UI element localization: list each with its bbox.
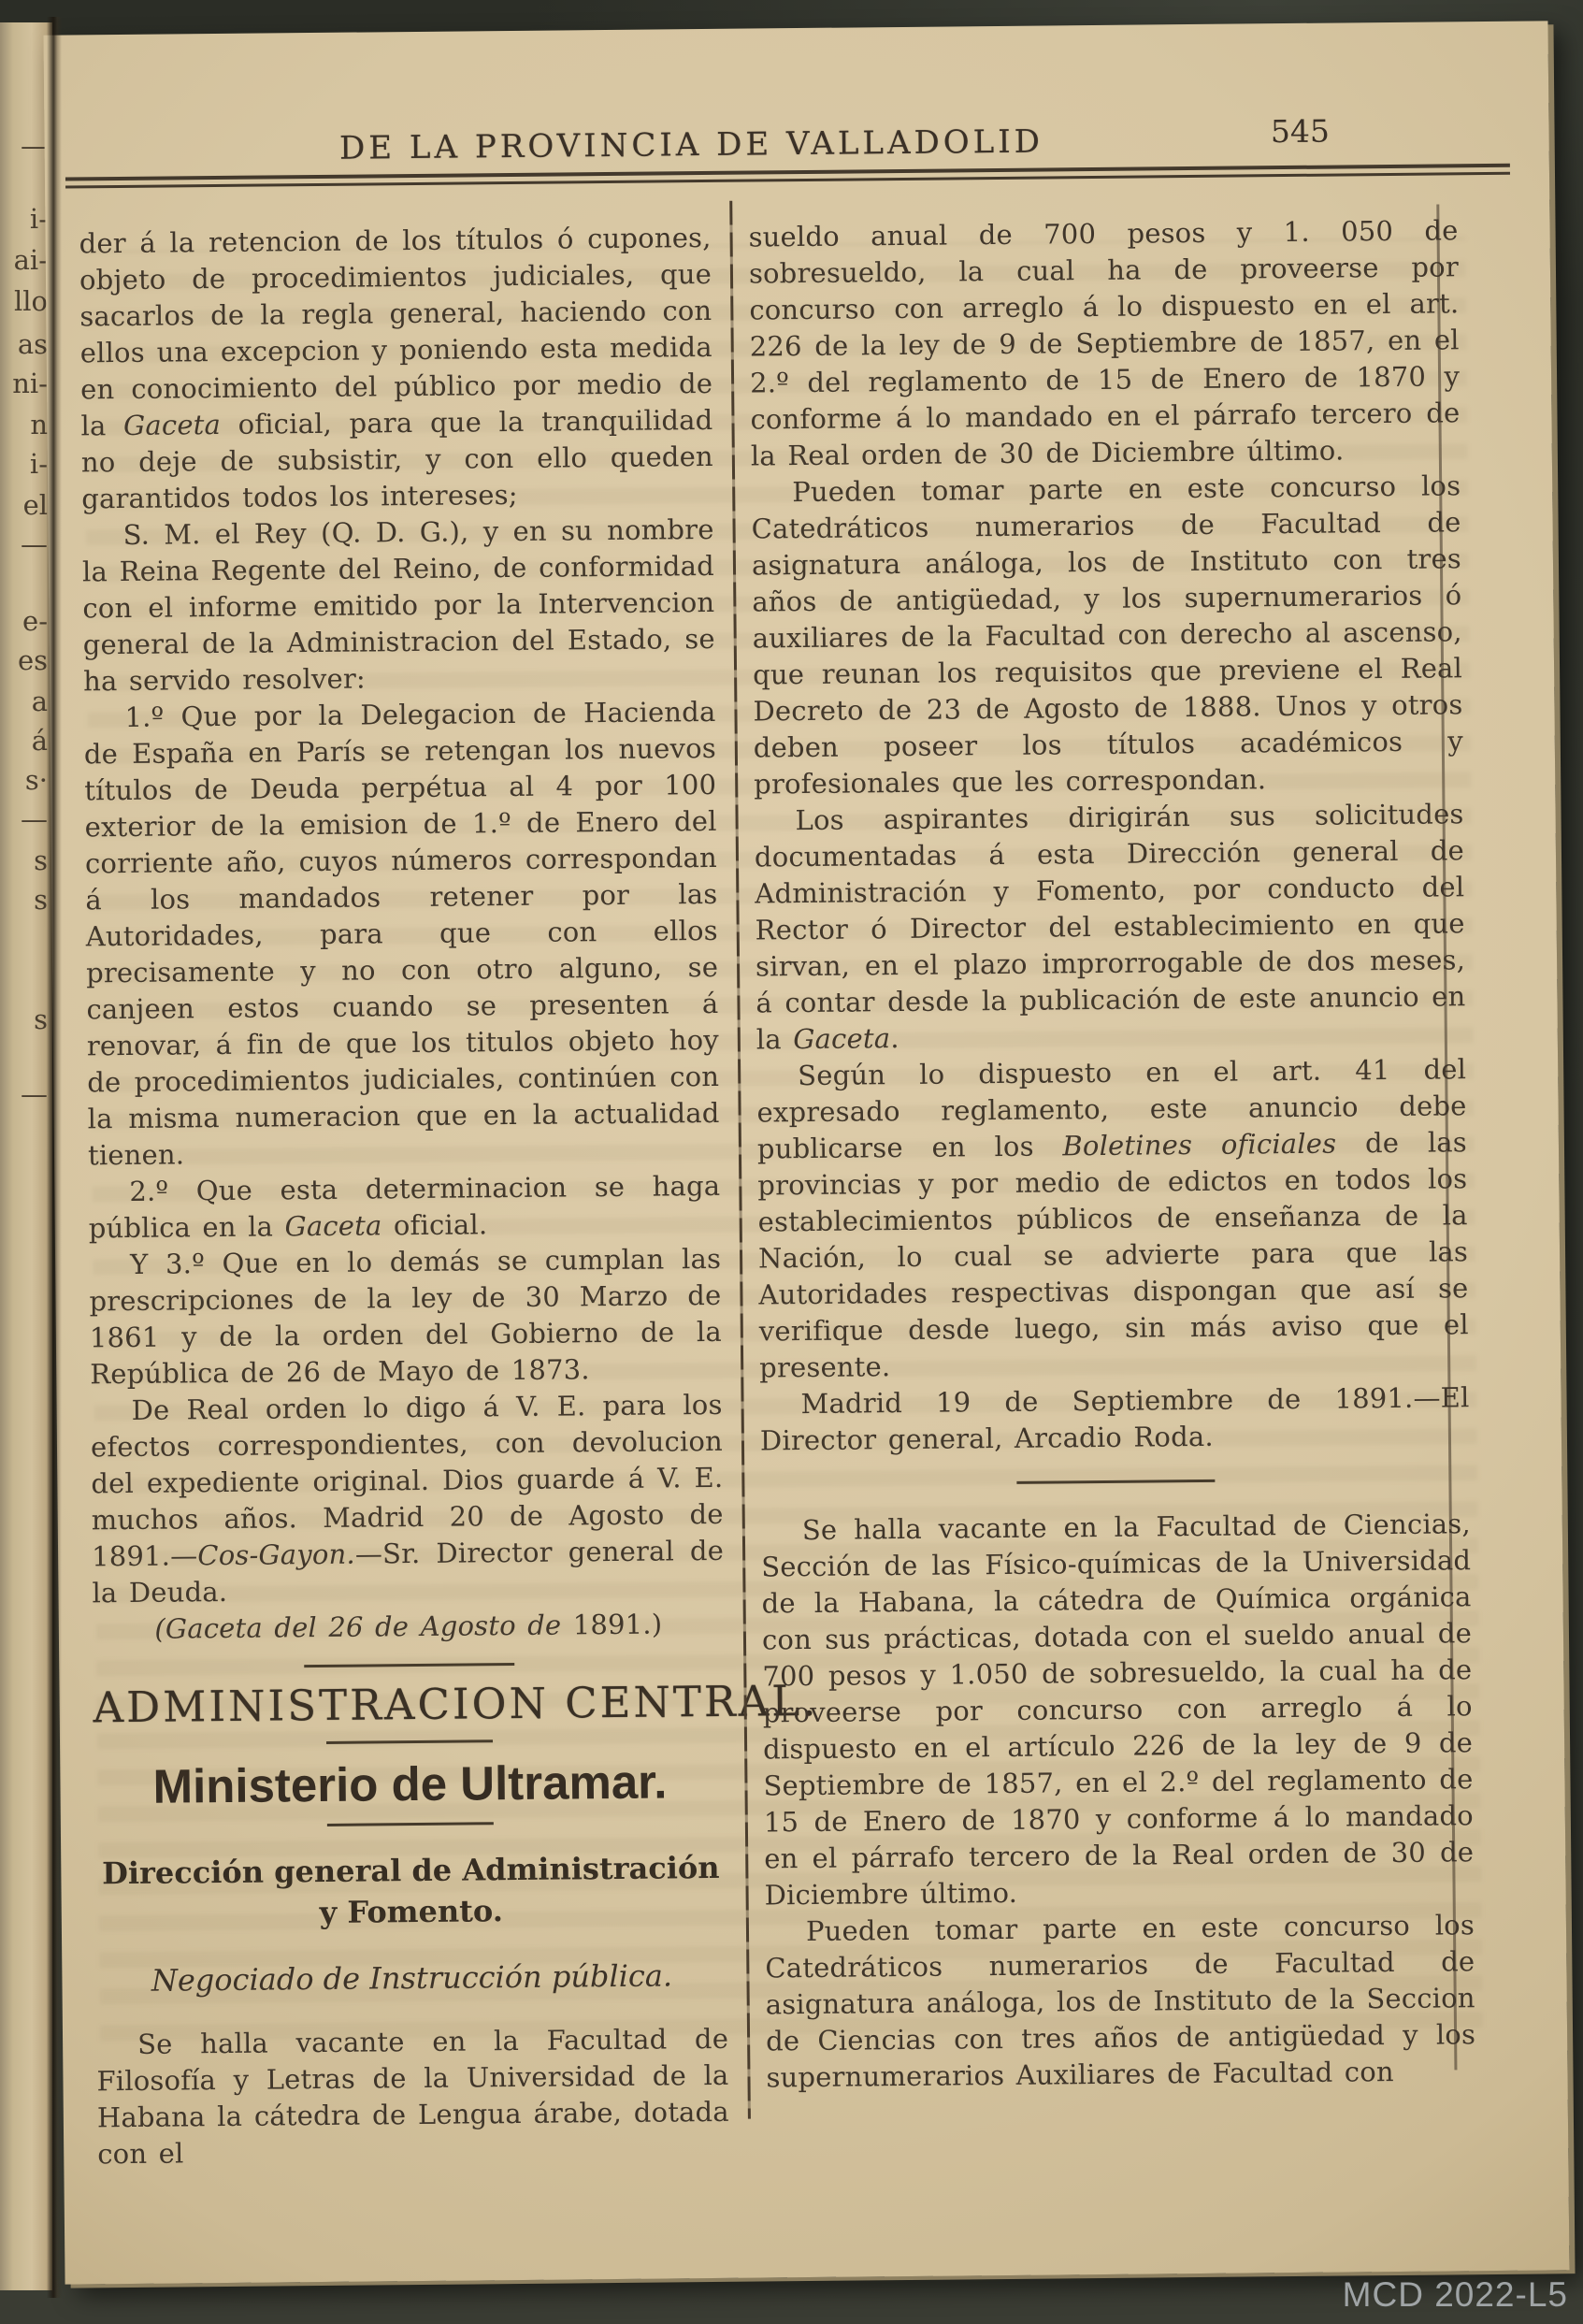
neighbor-text-fragment: ni-	[12, 370, 48, 397]
paragraph-right-6: Se halla vacante en la Facultad de Cienc…	[761, 1506, 1475, 1913]
text-run: oficial.	[381, 1208, 487, 1241]
gutter-fold	[47, 17, 62, 2298]
italic-text-run: (Gaceta del 26 de Agosto de	[154, 1609, 573, 1644]
neighbor-text-fragment: s·	[25, 767, 48, 794]
paragraph-right-2: Pueden tomar parte en este concurso los …	[751, 468, 1463, 802]
text-run: Pueden tomar parte en este concurso los …	[765, 1909, 1475, 2093]
text-columns: der á la retencion de los títulos ó cupo…	[79, 188, 1535, 2251]
section-separator-rule	[304, 1663, 514, 1667]
neighbor-text-fragment: i-	[30, 451, 48, 478]
page-number: 545	[1271, 113, 1330, 151]
right-column: sueldo anual de 700 pesos y 1. 050 de so…	[748, 188, 1535, 2245]
neighbor-text-fragment: n	[30, 411, 48, 439]
neighbor-text-fragment: á	[32, 728, 48, 755]
neighbor-text-fragment: —	[21, 806, 48, 833]
neighbor-text-fragment: s	[34, 1006, 48, 1033]
heading-rule	[326, 1739, 493, 1744]
neighbor-text-fragment: s	[34, 847, 48, 874]
text-run: 1891.)	[573, 1609, 663, 1641]
italic-text-run: Gaceta	[793, 1022, 890, 1055]
scanned-document: —i-ai-lloasni-ni-el—e-esaás·—sss— DE LA …	[0, 0, 1583, 2324]
paragraph-right-3: Los aspirantes dirigirán sus solicitudes…	[754, 796, 1466, 1058]
neighbor-text-fragment: —	[21, 531, 48, 558]
announcement-separator-rule	[1016, 1480, 1215, 1484]
header-double-rule	[65, 164, 1510, 189]
heading-negociado: Negociado de Instrucción pública.	[95, 1957, 727, 1999]
text-run: 1.º Que por la Delegacion de Hacienda de…	[84, 696, 720, 1171]
neighbor-text-fragment: a	[32, 688, 48, 715]
neighbor-text-fragment: —	[21, 1081, 48, 1108]
italic-text-run: Gaceta	[123, 409, 221, 441]
neighbor-text-fragment: llo	[14, 288, 48, 315]
paragraph-left-4: 2.º Que esta determinacion se haga públi…	[88, 1168, 721, 1247]
paragraph-left-3: 1.º Que por la Delegacion de Hacienda de…	[83, 694, 720, 1174]
text-run: Se halla vacante en la Facultad de Filos…	[96, 2023, 729, 2170]
heading-rule	[327, 1822, 494, 1826]
text-run: S. M. el Rey (Q. D. G.), y en su nombre …	[82, 513, 715, 697]
paragraph-left-2: S. M. el Rey (Q. D. G.), y en su nombre …	[81, 512, 715, 700]
paragraph-left-1: der á la retencion de los títulos ó cupo…	[79, 220, 713, 517]
neighbor-text-fragment: ai-	[14, 247, 48, 274]
italic-text-run: Cos-Gayon.	[197, 1538, 355, 1572]
left-column: der á la retencion de los títulos ó cupo…	[79, 195, 730, 2250]
neighbor-text-fragment: es	[18, 647, 48, 674]
paragraph-right-7: Pueden tomar parte en este concurso los …	[765, 1907, 1476, 2096]
paragraph-left-6: De Real orden lo digo á V. E. para los e…	[90, 1387, 724, 1611]
page: DE LA PROVINCIA DE VALLADOLID 545 der á …	[43, 21, 1569, 2284]
page-header-title: DE LA PROVINCIA DE VALLADOLID	[339, 123, 1043, 167]
paragraph-left-5: Y 3.º Que en lo demás se cumplan las pre…	[89, 1241, 722, 1393]
heading-ministerio-ultramar: Ministerio de Ultramar.	[94, 1754, 727, 1814]
text-run: Se halla vacante en la Facultad de Cienc…	[761, 1508, 1474, 1911]
paragraph-right-1: sueldo anual de 700 pesos y 1. 050 de so…	[748, 212, 1461, 474]
italic-text-run: Boletines oficiales	[1062, 1128, 1336, 1162]
paragraph-right-4: Según lo dispuesto en el art. 41 del exp…	[756, 1051, 1469, 1386]
text-run: .	[890, 1022, 899, 1054]
heading-administracion-central: ADMINISTRACION CENTRAL.	[93, 1677, 725, 1732]
paragraph-left-closing: Se halla vacante en la Facultad de Filos…	[96, 2021, 729, 2172]
text-run: Pueden tomar parte en este concurso los …	[751, 469, 1463, 800]
neighbor-text-fragment: el	[23, 492, 48, 519]
neighbor-text-fragment: e-	[22, 608, 48, 635]
watermark-text: MCD 2022-L5	[1343, 2275, 1568, 2315]
paragraph-right-5: Madrid 19 de Septiembre de 1891.—El Dire…	[759, 1379, 1470, 1459]
neighbor-page-strip: —i-ai-lloasni-ni-el—e-esaás·—sss—	[0, 22, 52, 2290]
neighbor-text-fragment: s	[34, 887, 48, 914]
text-run: sueldo anual de 700 pesos y 1. 050 de so…	[748, 214, 1460, 471]
neighbor-text-fragment: as	[18, 331, 48, 358]
text-run: Y 3.º Que en lo demás se cumplan las pre…	[89, 1243, 722, 1390]
text-run: de las provincias y por medio de edictos…	[757, 1126, 1469, 1383]
heading-direccion-general: Dirección general de Administración y Fo…	[94, 1847, 727, 1935]
italic-text-run: Gaceta	[284, 1209, 381, 1242]
text-run: Madrid 19 de Septiembre de 1891.—El Dire…	[760, 1381, 1470, 1456]
text-run: Los aspirantes dirigirán sus solicitudes…	[755, 798, 1466, 1055]
gaceta-citation: (Gaceta del 26 de Agosto de 1891.)	[93, 1606, 725, 1648]
